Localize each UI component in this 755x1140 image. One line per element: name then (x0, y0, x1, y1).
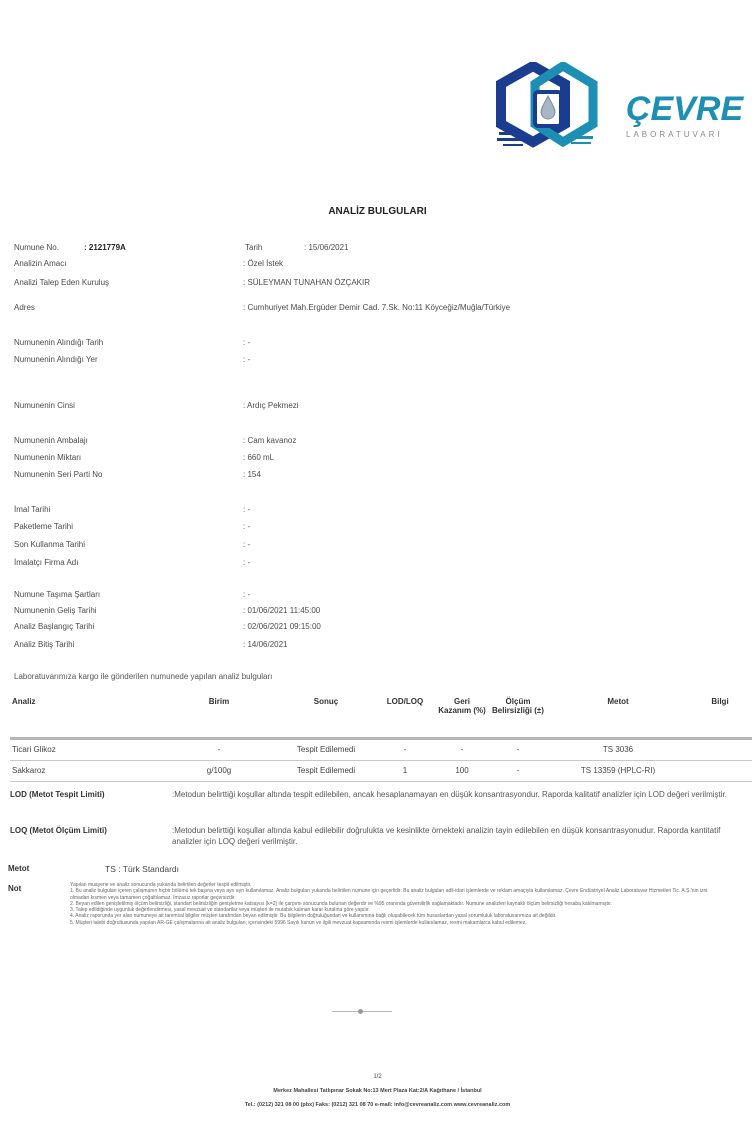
info-value: : - (243, 338, 250, 347)
info-value: : - (243, 540, 250, 549)
info-value: : - (243, 505, 250, 514)
info-value: : 660 mL (243, 453, 274, 462)
info-label: Analiz Başlangıç Tarihi (14, 622, 94, 631)
col-birim: Birim (160, 695, 278, 739)
table-cell: TS 3036 (548, 739, 688, 761)
info-label: Son Kullanma Tarihi (14, 540, 85, 549)
not-text: Yapılan muayene ve analiz sonucunda yuka… (70, 882, 720, 926)
brand-subtitle: LABORATUVARI (626, 130, 743, 139)
info-value: : 154 (243, 470, 261, 479)
table-cell: - (160, 739, 278, 761)
table-cell: Sakkaroz (10, 761, 160, 782)
lod-text: :Metodun belirttiği koşullar altında tes… (172, 789, 747, 800)
info-label: Numunenin Miktarı (14, 453, 81, 462)
table-row: Sakkarozg/100gTespit Edilemedi1100-TS 13… (10, 761, 752, 782)
page-number: 1/2 (0, 1074, 755, 1080)
col-lod-loq: LOD/LOQ (374, 695, 436, 739)
info-label: Paketleme Tarihi (14, 522, 73, 531)
footer-address: Merkez Mahallesi Tatlıpınar Sokak No:13 … (0, 1088, 755, 1094)
table-header-row: Analiz Birim Sonuç LOD/LOQ Geri Kazanım … (10, 695, 752, 739)
info-value: : - (243, 522, 250, 531)
table-cell: Ticari Glikoz (10, 739, 160, 761)
info-value: : 01/06/2021 11:45:00 (243, 606, 320, 615)
note-line: 5. Müşteri talebi doğrultusunda yapılan … (70, 920, 720, 926)
info-value: : Cam kavanoz (243, 436, 296, 445)
col-analiz: Analiz (10, 695, 160, 739)
col-metot: Metot (548, 695, 688, 739)
loq-text: :Metodun belirttiği koşullar altında kab… (172, 825, 747, 847)
info-value: : 14/06/2021 (243, 640, 287, 649)
info-label: Numunenin Geliş Tarihi (14, 606, 97, 615)
table-cell: - (374, 739, 436, 761)
footer-contact: Tel.: (0212) 321 08 00 (pbx) Faks: (0212… (0, 1102, 755, 1108)
info-value: : SÜLEYMAN TUNAHAN ÖZÇAKIR (243, 278, 370, 287)
table-cell: g/100g (160, 761, 278, 782)
results-intro: Laboratuvarımıza kargo ile gönderilen nu… (14, 672, 272, 681)
table-row: Ticari Glikoz-Tespit Edilemedi---TS 3036 (10, 739, 752, 761)
water-drop-hexagon-icon (495, 62, 625, 152)
lod-label: LOD (Metot Tespit Limiti) (10, 790, 105, 799)
info-value: : - (243, 558, 250, 567)
page-title: ANALİZ BULGULARI (0, 206, 755, 217)
col-bilgi: Bilgi (688, 695, 752, 739)
info-label: İmal Tarihi (14, 505, 50, 514)
tarih-value: : 15/06/2021 (304, 243, 348, 252)
table-cell (688, 761, 752, 782)
info-value: : Özel İstek (243, 259, 283, 268)
numune-no-label: Numune No. (14, 243, 59, 252)
metot-text: TS : Türk Standardı (105, 864, 179, 874)
info-label: Numunenin Cinsi (14, 401, 75, 410)
info-label: Numunenin Ambalajı (14, 436, 88, 445)
col-olcum-belirsizligi: Ölçüm Belirsizliği (±) (488, 695, 548, 739)
info-value: : Ardıç Pekmezi (243, 401, 299, 410)
not-label: Not (8, 884, 21, 893)
info-label: Analiz Bitiş Tarihi (14, 640, 74, 649)
info-label: İmalatçı Firma Adı (14, 558, 78, 567)
brand-logo: ÇEVRE LABORATUVARI (626, 92, 743, 139)
info-label: Analizi Talep Eden Kuruluş (14, 278, 109, 287)
info-value: : Cumhuriyet Mah.Ergüder Demir Cad. 7.Sk… (243, 303, 510, 312)
table-cell: 100 (436, 761, 488, 782)
info-label: Numunenin Alındığı Yer (14, 355, 98, 364)
table-cell: Tespit Edilemedi (278, 739, 374, 761)
col-sonuc: Sonuç (278, 695, 374, 739)
info-label: Numunenin Seri Parti No (14, 470, 102, 479)
table-cell: - (488, 761, 548, 782)
numune-no-value: : 2121779A (84, 243, 126, 252)
table-cell: - (436, 739, 488, 761)
info-value: : 02/06/2021 09:15:00 (243, 622, 321, 631)
brand-name: ÇEVRE (626, 92, 743, 126)
tarih-label: Tarih (245, 243, 262, 252)
col-geri-kazanim: Geri Kazanım (%) (436, 695, 488, 739)
info-label: Numunenin Alındığı Tarih (14, 338, 103, 347)
info-label: Adres (14, 303, 35, 312)
table-cell (688, 739, 752, 761)
divider-ornament (358, 1009, 363, 1014)
table-cell: TS 13359 (HPLC-RI) (548, 761, 688, 782)
table-cell: Tespit Edilemedi (278, 761, 374, 782)
info-value: : - (243, 355, 250, 364)
info-label: Analizin Amacı (14, 259, 66, 268)
info-label: Numune Taşıma Şartları (14, 590, 100, 599)
table-cell: - (488, 739, 548, 761)
table-cell: 1 (374, 761, 436, 782)
info-value: : - (243, 590, 250, 599)
note-line: 1. Bu analiz bulguları içeren çalışmanın… (70, 888, 720, 901)
metot-label: Metot (8, 864, 29, 873)
loq-label: LOQ (Metot Ölçüm Limiti) (10, 826, 107, 835)
results-table: Analiz Birim Sonuç LOD/LOQ Geri Kazanım … (10, 695, 752, 782)
